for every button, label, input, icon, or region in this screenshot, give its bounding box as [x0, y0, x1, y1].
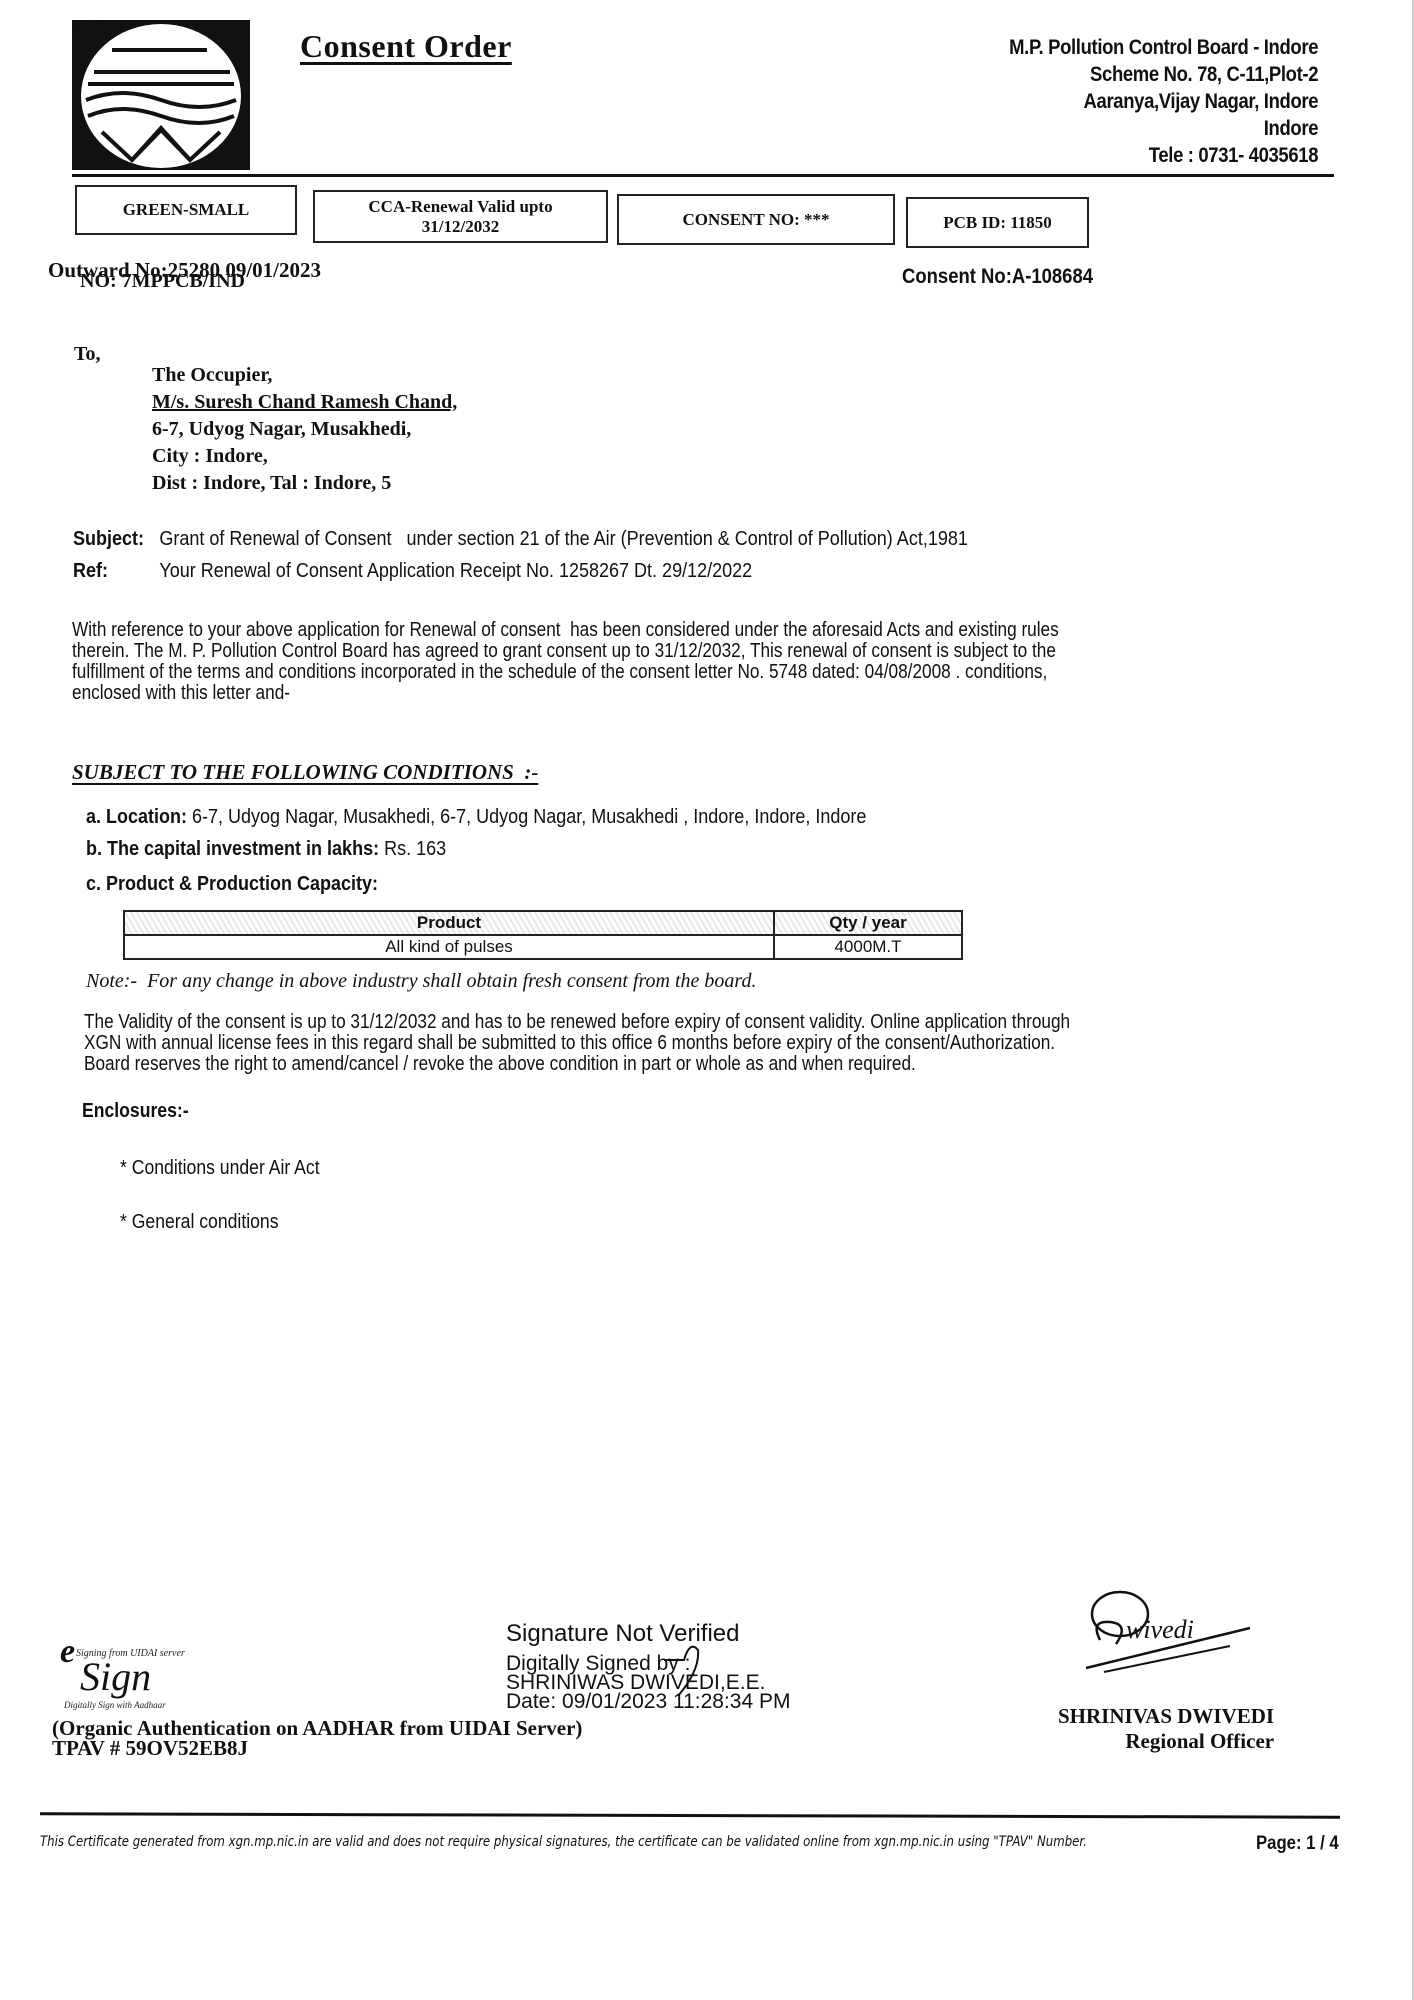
body-paragraph: With reference to your above application…	[72, 620, 1328, 704]
recipient-city: City : Indore,	[152, 443, 457, 470]
paragraph-line: Board reserves the right to amend/cancel…	[84, 1054, 1340, 1075]
officer-designation: Regional Officer	[1058, 1729, 1274, 1754]
validity-badge: CCA-Renewal Valid upto 31/12/2032	[313, 190, 608, 243]
board-name: M.P. Pollution Control Board - Indore	[1009, 34, 1318, 61]
table-header-row: Product Qty / year	[124, 911, 962, 935]
enclosure-item: * Conditions under Air Act	[120, 1157, 320, 1180]
change-note: Note:- For any change in above industry …	[86, 970, 756, 993]
condition-investment: b. The capital investment in lakhs: Rs. …	[86, 838, 446, 861]
recipient-name: M/s. Suresh Chand Ramesh Chand,	[152, 389, 457, 416]
subject-line: Subject:Grant of Renewal of Consent unde…	[73, 528, 968, 551]
investment-value: Rs. 163	[384, 838, 446, 860]
location-value: 6-7, Udyog Nagar, Musakhedi, 6-7, Udyog …	[192, 806, 866, 828]
signature-status: Signature Not Verified	[506, 1620, 790, 1648]
qty-cell: 4000M.T	[774, 935, 962, 959]
telephone: Tele : 0731- 4035618	[1009, 142, 1318, 169]
enclosures-heading: Enclosures:-	[82, 1100, 189, 1123]
signature-check-mark-icon	[654, 1630, 714, 1700]
address-line: Scheme No. 78, C-11,Plot-2	[1009, 61, 1318, 88]
table-row: All kind of pulses 4000M.T	[124, 935, 962, 959]
to-label: To,	[74, 343, 101, 366]
page-number: Page: 1 / 4	[1256, 1833, 1339, 1855]
column-header-product: Product	[124, 911, 774, 935]
investment-label: b. The capital investment in lakhs:	[86, 838, 379, 860]
handwritten-signature: wivedi	[1080, 1580, 1260, 1680]
paragraph-line: fulfillment of the terms and conditions …	[72, 662, 1328, 683]
enclosure-item: * General conditions	[120, 1211, 278, 1234]
paragraph-line: XGN with annual license fees in this reg…	[84, 1033, 1340, 1054]
svg-text:wivedi: wivedi	[1126, 1615, 1194, 1644]
pcb-id-badge: PCB ID: 11850	[906, 197, 1089, 248]
document-title: Consent Order	[300, 28, 512, 65]
outward-overlay: NO: 7MPPCB/IND	[80, 270, 245, 293]
address-line: Aaranya,Vijay Nagar, Indore	[1009, 88, 1318, 115]
consent-no-badge: CONSENT NO: ***	[617, 194, 895, 245]
mppcb-logo	[72, 20, 250, 170]
capacity-label: c. Product & Production Capacity:	[86, 873, 378, 896]
recipient-address: The Occupier, M/s. Suresh Chand Ramesh C…	[152, 362, 457, 497]
validity-paragraph: The Validity of the consent is up to 31/…	[84, 1012, 1340, 1075]
header-divider	[72, 174, 1334, 177]
svg-text:Digitally Sign with Aadhaar: Digitally Sign with Aadhaar	[63, 1700, 166, 1710]
column-header-qty: Qty / year	[774, 911, 962, 935]
location-label: a. Location:	[86, 806, 187, 828]
ref-line: Ref:Your Renewal of Consent Application …	[73, 560, 752, 583]
officer-block: SHRINIVAS DWIVEDI Regional Officer	[1058, 1704, 1274, 1754]
conditions-heading: SUBJECT TO THE FOLLOWING CONDITIONS :-	[72, 760, 538, 785]
footer-divider	[40, 1812, 1340, 1818]
subject-label: Subject:	[73, 528, 159, 551]
consent-number: Consent No:A-108684	[902, 265, 1093, 289]
product-cell: All kind of pulses	[124, 935, 774, 959]
paragraph-line: The Validity of the consent is up to 31/…	[84, 1012, 1340, 1033]
subject-text: Grant of Renewal of Consent under sectio…	[159, 528, 967, 550]
paragraph-line: With reference to your above application…	[72, 620, 1328, 641]
officer-name: SHRINIVAS DWIVEDI	[1058, 1704, 1274, 1729]
svg-text:Sign: Sign	[80, 1654, 151, 1699]
ref-label: Ref:	[73, 560, 159, 583]
category-badge: GREEN-SMALL	[75, 185, 297, 235]
recipient-title: The Occupier,	[152, 362, 457, 389]
esign-authentication: (Organic Authentication on AADHAR from U…	[52, 1718, 582, 1758]
paragraph-line: therein. The M. P. Pollution Control Boa…	[72, 641, 1328, 662]
board-address: M.P. Pollution Control Board - Indore Sc…	[1009, 34, 1318, 169]
recipient-street: 6-7, Udyog Nagar, Musakhedi,	[152, 416, 457, 443]
address-line: Indore	[1009, 115, 1318, 142]
esign-logo: e Signing from UIDAI server Sign Digital…	[56, 1628, 256, 1714]
production-table: Product Qty / year All kind of pulses 40…	[123, 910, 963, 960]
condition-location: a. Location: 6-7, Udyog Nagar, Musakhedi…	[86, 806, 866, 829]
digital-signature-block: Signature Not Verified Digitally Signed …	[506, 1620, 790, 1711]
recipient-district: Dist : Indore, Tal : Indore, 5	[152, 470, 457, 497]
aadhar-auth-line: (Organic Authentication on AADHAR from U…	[52, 1718, 582, 1738]
ref-text: Your Renewal of Consent Application Rece…	[159, 560, 752, 582]
paragraph-line: enclosed with this letter and-	[72, 683, 1328, 704]
tpav-number: TPAV # 59OV52EB8J	[52, 1738, 582, 1758]
footer-disclaimer: This Certificate generated from xgn.mp.n…	[40, 1834, 1087, 1850]
signature-date: Date: 09/01/2023 11:28:34 PM	[506, 1692, 790, 1711]
esign-e: e	[60, 1633, 75, 1670]
